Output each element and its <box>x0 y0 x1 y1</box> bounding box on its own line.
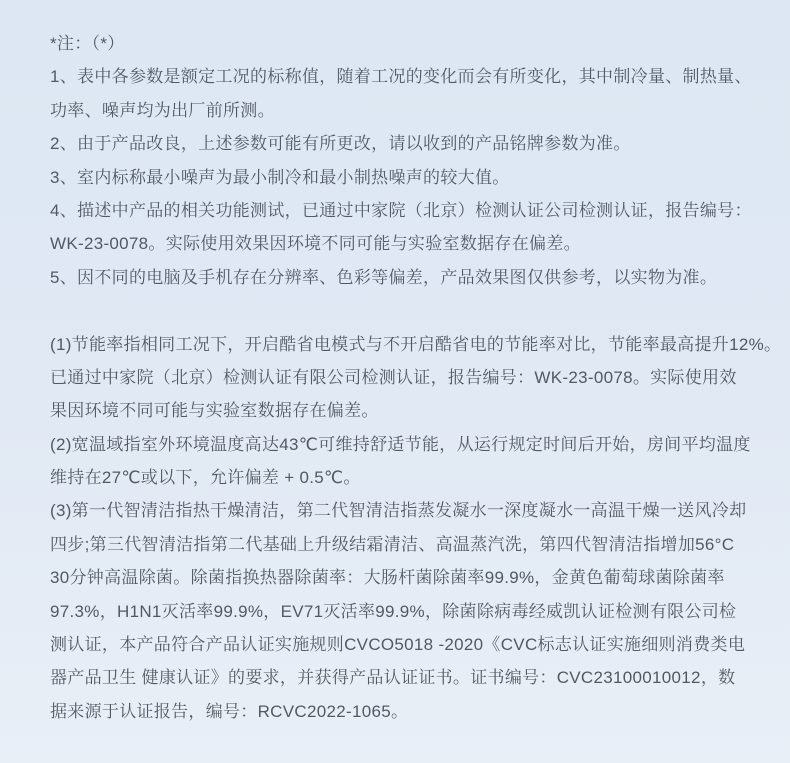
text-line: 1、表中各参数是额定工况的标称值，随着工况的变化而会有所变化，其中制冷量、制热量… <box>50 60 750 93</box>
footnote-item-1: (1)节能率指相同工况下，开启酷省电模式与不开启酷省电的节能率对比，节能率最高提… <box>50 328 750 428</box>
note-header: *注：（*） <box>50 27 750 60</box>
note-item-2: 2、由于产品改良，上述参数可能有所更改，请以收到的产品铭牌参数为准。 <box>50 127 750 160</box>
text-line: 2、由于产品改良，上述参数可能有所更改，请以收到的产品铭牌参数为准。 <box>50 127 750 160</box>
text-line: 97.3%，H1N1灭活率99.9%，EV71灭活率99.9%，除菌除病毒经威凯… <box>50 595 750 628</box>
text-line: 功率、噪声均为出厂前所测。 <box>50 94 750 127</box>
text-line: 维持在27℃或以下，允许偏差 + 0.5℃。 <box>50 461 750 494</box>
text-line: 果因环境不同可能与实验室数据存在偏差。 <box>50 394 750 427</box>
text-line: 4、描述中产品的相关功能测试，已通过中家院（北京）检测认证公司检测认证，报告编号… <box>50 194 750 227</box>
text-line: 已通过中家院（北京）检测认证有限公司检测认证，报告编号：WK-23-0078。实… <box>50 361 750 394</box>
note-item-5: 5、因不同的电脑及手机存在分辨率、色彩等偏差，产品效果图仅供参考，以实物为准。 <box>50 261 750 294</box>
text-line: 30分钟高温除菌。除菌指换热器除菌率：大肠杆菌除菌率99.9%，金黄色葡萄球菌除… <box>50 561 750 594</box>
text-line: 四步;第三代智清洁指第二代基础上升级结霜清洁、高温蒸汽洗，第四代智清洁指增加56… <box>50 528 750 561</box>
note-item-3: 3、室内标称最小噪声为最小制冷和最小制热噪声的较大值。 <box>50 161 750 194</box>
note-item-1: 1、表中各参数是额定工况的标称值，随着工况的变化而会有所变化，其中制冷量、制热量… <box>50 60 750 127</box>
notes-section: *注：（*） 1、表中各参数是额定工况的标称值，随着工况的变化而会有所变化，其中… <box>50 27 750 294</box>
text-line: WK-23-0078。实际使用效果因环境不同可能与实验室数据存在偏差。 <box>50 227 750 260</box>
product-notes-page: *注：（*） 1、表中各参数是额定工况的标称值，随着工况的变化而会有所变化，其中… <box>0 0 790 763</box>
text-line: (3)第一代智清洁指热干燥清洁，第二代智清洁指蒸发凝水一深度凝水一高温干燥一送风… <box>50 494 750 527</box>
text-line: 测认证，本产品符合产品认证实施规则CVCO5018 -2020《CVC标志认证实… <box>50 628 750 661</box>
text-line: 5、因不同的电脑及手机存在分辨率、色彩等偏差，产品效果图仅供参考，以实物为准。 <box>50 261 750 294</box>
text-line: (2)宽温域指室外环境温度高达43℃可维持舒适节能，从运行规定时间后开始，房间平… <box>50 428 750 461</box>
text-line: 3、室内标称最小噪声为最小制冷和最小制热噪声的较大值。 <box>50 161 750 194</box>
footnote-item-3: (3)第一代智清洁指热干燥清洁，第二代智清洁指蒸发凝水一深度凝水一高温干燥一送风… <box>50 494 750 728</box>
footnote-item-2: (2)宽温域指室外环境温度高达43℃可维持舒适节能，从运行规定时间后开始，房间平… <box>50 428 750 495</box>
text-line: (1)节能率指相同工况下，开启酷省电模式与不开启酷省电的节能率对比，节能率最高提… <box>50 328 750 361</box>
note-item-4: 4、描述中产品的相关功能测试，已通过中家院（北京）检测认证公司检测认证，报告编号… <box>50 194 750 261</box>
text-line: 据来源于认证报告，编号：RCVC2022-1065。 <box>50 695 750 728</box>
footnotes-section: (1)节能率指相同工况下，开启酷省电模式与不开启酷省电的节能率对比，节能率最高提… <box>50 328 750 729</box>
paragraph-gap <box>50 294 750 327</box>
text-line: 器产品卫生 健康认证》的要求，并获得产品认证证书。证书编号：CVC2310001… <box>50 661 750 694</box>
